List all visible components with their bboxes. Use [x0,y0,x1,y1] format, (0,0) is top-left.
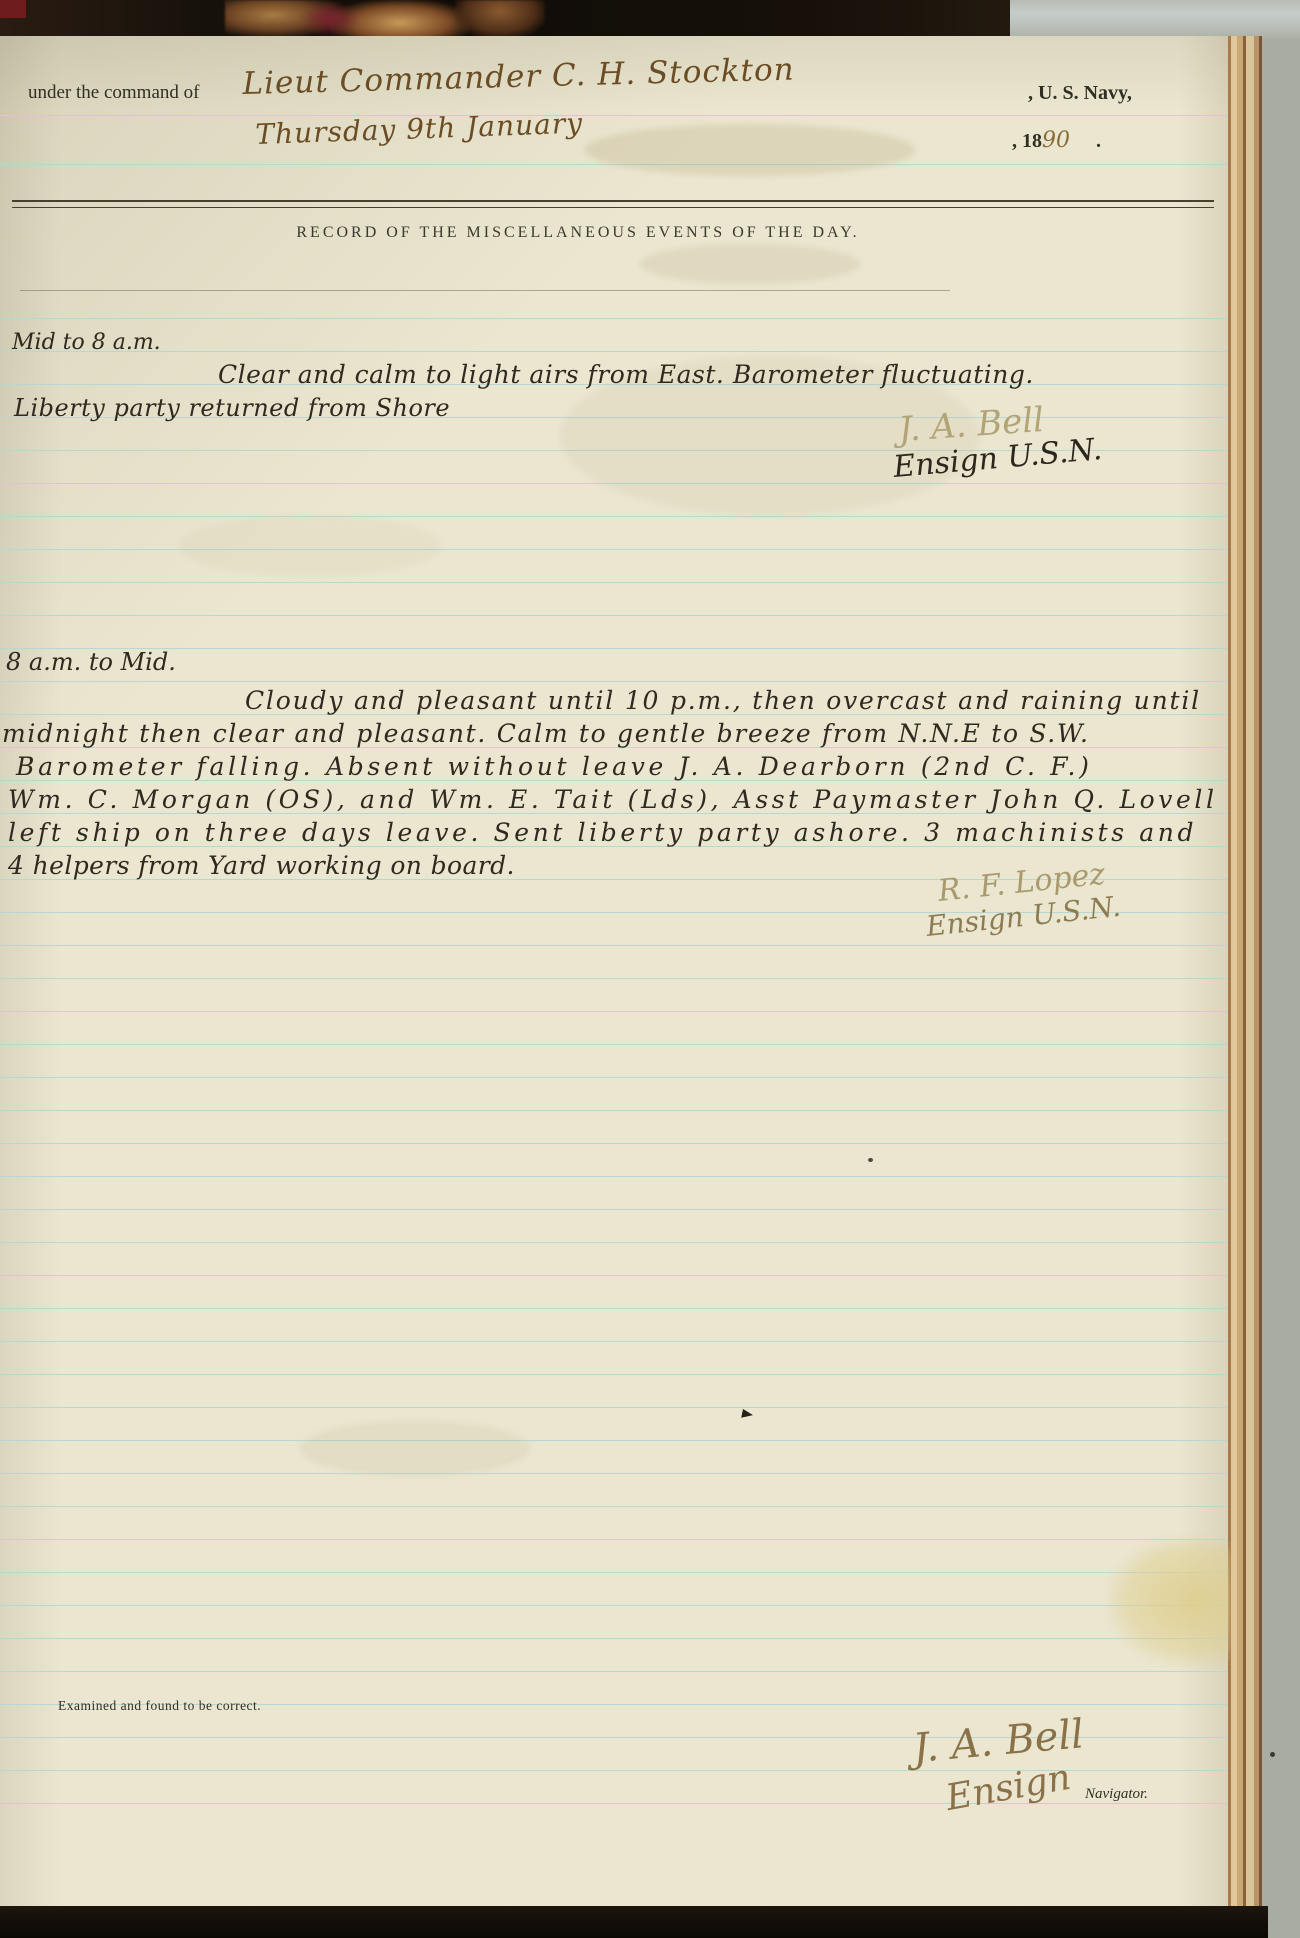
double-rule [12,200,1214,208]
dust-fleck [1270,1752,1275,1757]
header-rule-1 [0,115,1228,116]
ruled-lines [0,286,1228,1812]
book-cover-bottom [0,1906,1268,1938]
navigator-label: Navigator. [1085,1786,1148,1803]
entry-line: Wm. C. Morgan (OS), and Wm. E. Tait (Lds… [8,785,1218,814]
watch-label: Mid to 8 a.m. [12,330,161,355]
entry-line: left ship on three days leave. Sent libe… [8,818,1197,847]
marble-pattern [300,0,360,38]
logbook-photo: under the command of Lieut Commander C. … [0,0,1300,1938]
stain [1108,1536,1230,1666]
marble-pattern [455,0,545,38]
year-suffix: . [1096,130,1101,152]
ink-smudge [300,1421,530,1476]
entry-line: Cloudy and pleasant until 10 p.m., then … [245,686,1201,715]
entry-line: Barometer falling. Absent without leave … [16,752,1093,781]
ink-fleck [868,1158,873,1162]
subheader-rule [20,290,950,291]
entry-line: 4 helpers from Yard working on board. [8,851,515,880]
year-written: 90 [1042,128,1070,153]
logbook-page: under the command of Lieut Commander C. … [0,36,1228,1906]
watch-label: 8 a.m. to Mid. [6,648,176,676]
ink-smudge [640,244,860,284]
cover-corner [0,0,26,18]
ink-smudge [585,124,915,176]
entry-line: Clear and calm to light airs from East. … [218,360,1034,389]
section-title: RECORD OF THE MISCELLANEOUS EVENTS OF TH… [0,224,1192,242]
examined-note: Examined and found to be correct. [58,1698,261,1714]
date-written: Thursday 9th January [255,107,584,151]
year-prefix: , 18 [1012,130,1042,152]
year-line: , 1890. [1012,128,1101,153]
page-edge-stack [1228,36,1262,1906]
background-top-right [1010,0,1300,38]
navy-label: , U. S. Navy, [1028,82,1132,105]
entry-line: Liberty party returned from Shore [14,394,450,422]
ink-smudge [180,516,440,576]
entry-line: midnight then clear and pleasant. Calm t… [2,719,1090,748]
commander-name: Lieut Commander C. H. Stockton [242,52,795,102]
command-prefix: under the command of [28,82,199,104]
book-cover-top [0,0,1030,38]
